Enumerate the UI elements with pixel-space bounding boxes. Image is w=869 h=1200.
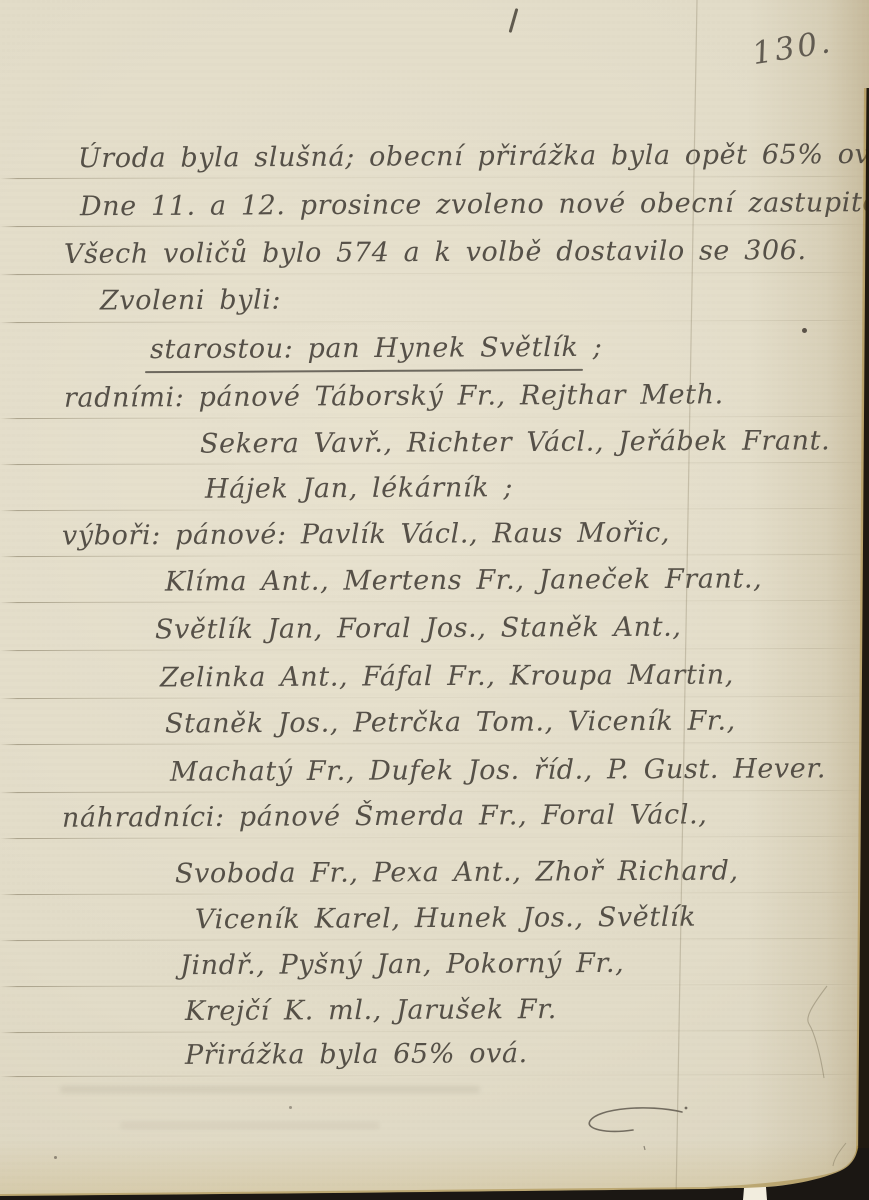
ruled-line [0,938,869,941]
ink-mark [509,8,519,33]
scanned-page: 130. Úroda byla slušná; obecní přirážka … [0,0,869,1200]
ruled-line [0,508,869,511]
page-crease-corner [833,1143,846,1166]
manuscript-line: Úroda byla slušná; obecní přirážka byla … [78,138,869,176]
manuscript-line: náhradníci: pánové Šmerda Fr., Foral Vác… [62,798,708,835]
paper-speck [289,1106,292,1109]
ruled-line [0,696,869,699]
manuscript-line: Zelinka Ant., Fáfal Fr., Kroupa Martin, [160,658,734,695]
manuscript-line: Staněk Jos., Petrčka Tom., Viceník Fr., [165,705,736,742]
scan-notch [743,1187,767,1200]
page-crease-angle [808,986,827,1078]
ruled-line [0,742,869,745]
manuscript-line: Všech voličů bylo 574 a k volbě dostavil… [64,234,807,272]
ruled-line [0,554,869,557]
ruled-line [0,320,869,323]
page-number: 130. [750,24,836,72]
manuscript-line: Klíma Ant., Mertens Fr., Janeček Frant., [165,562,762,599]
bleed-through-mark [60,1086,480,1093]
starosta-underline [145,369,583,373]
ruled-line [0,648,869,651]
manuscript-line: Hájek Jan, lékárník ; [205,471,513,507]
ruled-line [0,892,869,895]
ruled-line [0,790,869,793]
page-crease-vertical [676,0,697,1200]
ruled-line [0,176,869,179]
ruled-line [0,836,869,839]
bleed-through-mark [120,1122,380,1129]
end-flourish-mark [578,1102,698,1152]
scan-edge-right [846,88,869,1200]
manuscript-line: Světlík Jan, Foral Jos., Staněk Ant., [155,611,682,648]
scan-edge-bottom-right [766,1148,869,1200]
ruled-line [0,600,869,603]
manuscript-line: radními: pánové Táborský Fr., Rejthar Me… [64,378,724,415]
ruled-line [0,416,869,419]
ruled-line [0,984,869,987]
manuscript-line: Viceník Karel, Hunek Jos., Světlík [195,901,696,938]
ruled-line [0,272,869,275]
manuscript-line-starosta: starostou: pan Hynek Světlík ; [150,331,603,367]
ruled-line [0,462,869,465]
manuscript-line: Dne 11. a 12. prosince zvoleno nové obec… [80,186,869,225]
manuscript-line: Machatý Fr., Dufek Jos. říd., P. Gust. H… [170,752,826,789]
paper-speck [54,1156,57,1159]
ruled-line [0,1030,869,1033]
manuscript-line: Sekera Vavř., Richter Václ., Jeřábek Fra… [200,424,830,461]
manuscript-line: Zvoleni byli: [100,284,281,319]
manuscript-line: Jindř., Pyšný Jan, Pokorný Fr., [180,947,624,983]
ruled-line [0,1074,869,1077]
ruled-line [0,224,869,227]
manuscript-line: Svoboda Fr., Pexa Ant., Zhoř Richard, [175,855,739,892]
manuscript-line: výboři: pánové: Pavlík Václ., Raus Mořic… [62,516,670,553]
ink-speck [802,328,807,333]
scan-edge-bottom [0,1188,744,1200]
manuscript-line: Přirážka byla 65% ová. [185,1037,528,1073]
manuscript-line: Krejčí K. ml., Jarušek Fr. [185,993,557,1029]
